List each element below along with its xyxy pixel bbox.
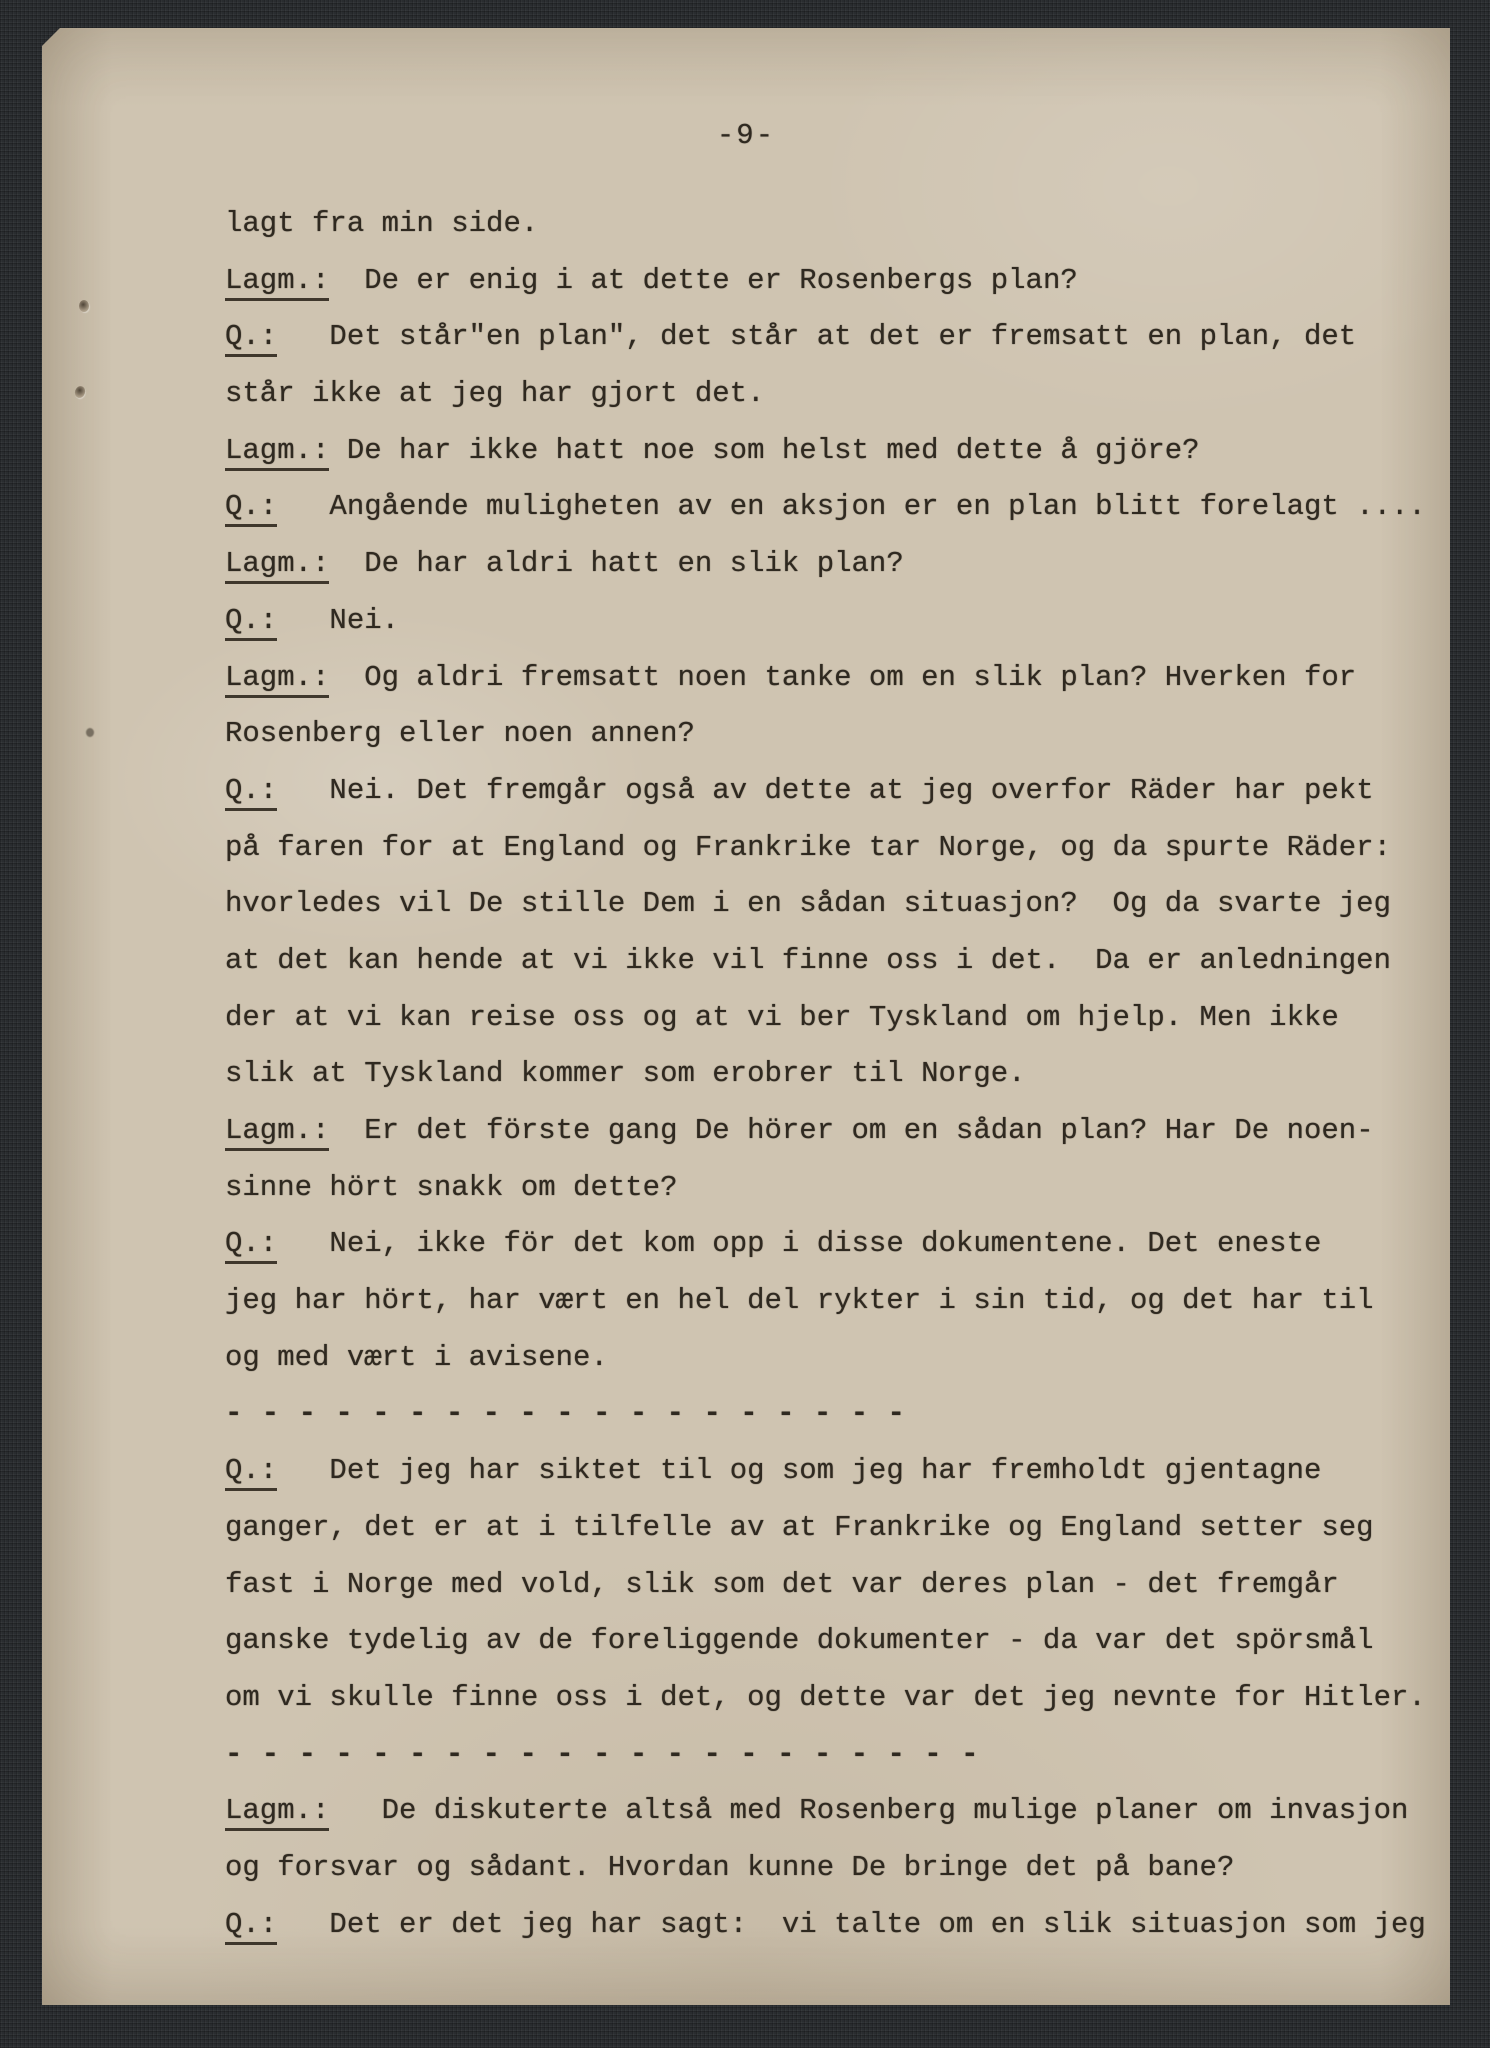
line-text: De har ikke hatt noe som helst med dette…	[329, 434, 1199, 467]
document-line: om vi skulle finne oss i det, og dette v…	[225, 1670, 1440, 1727]
line-text: hvorledes vil De stille Dem i en sådan s…	[225, 887, 1391, 920]
line-text: lagt fra min side.	[225, 207, 538, 240]
document-line: Q.: Det er det jeg har sagt: vi talte om…	[225, 1897, 1440, 1954]
line-text: Det jeg har siktet til og som jeg har fr…	[277, 1454, 1321, 1487]
separator-dashes: - - - - - - - - - - - - - - - - - - - - …	[225, 1738, 980, 1771]
pencil-smudge	[86, 728, 94, 737]
binder-hole	[73, 385, 87, 400]
line-text: står ikke at jeg har gjort det.	[225, 377, 765, 410]
line-text: at det kan hende at vi ikke vil finne os…	[225, 944, 1391, 977]
separator-line: - - - - - - - - - - - - - - - - - - - - …	[225, 1727, 1440, 1784]
line-text: Og aldri fremsatt noen tanke om en slik …	[329, 661, 1356, 694]
line-text: Er det förste gang De hörer om en sådan …	[329, 1114, 1373, 1147]
document-line: Lagm.: De diskuterte altså med Rosenberg…	[225, 1783, 1440, 1840]
document-line: på faren for at England og Frankrike tar…	[225, 820, 1440, 877]
speaker-label: Lagm.:	[225, 1114, 329, 1151]
document-line: lagt fra min side.	[225, 196, 1440, 253]
document-line: Q.: Det jeg har siktet til og som jeg ha…	[225, 1443, 1440, 1500]
line-text: ganske tydelig av de foreliggende dokume…	[225, 1624, 1374, 1657]
speaker-label: Q.:	[225, 1908, 277, 1945]
line-text: slik at Tyskland kommer som erobrer til …	[225, 1057, 1026, 1090]
speaker-label: Q.:	[225, 1454, 277, 1491]
speaker-label: Lagm.:	[225, 1794, 329, 1831]
line-text: Det er det jeg har sagt: vi talte om en …	[277, 1908, 1426, 1941]
document-line: Lagm.: De har ikke hatt noe som helst me…	[225, 423, 1440, 480]
line-text: De har aldri hatt en slik plan?	[329, 547, 903, 580]
line-text: ganger, det er at i tilfelle av at Frank…	[225, 1511, 1374, 1544]
document-line: står ikke at jeg har gjort det.	[225, 366, 1440, 423]
line-text: De er enig i at dette er Rosenbergs plan…	[329, 264, 1077, 297]
document-line: Lagm.: Er det förste gang De hörer om en…	[225, 1103, 1440, 1160]
document-line: fast i Norge med vold, slik som det var …	[225, 1557, 1440, 1614]
separator-line: - - - - - - - - - - - - - - - - - - -	[225, 1386, 1440, 1443]
document-page: -9- lagt fra min side.Lagm.: De er enig …	[42, 28, 1450, 2005]
speaker-label: Lagm.:	[225, 434, 329, 471]
speaker-label: Q.:	[225, 320, 277, 357]
line-text: sinne hört snakk om dette?	[225, 1171, 677, 1204]
separator-dashes: - - - - - - - - - - - - - - - - - - -	[225, 1397, 906, 1430]
line-text: fast i Norge med vold, slik som det var …	[225, 1568, 1339, 1601]
document-line: at det kan hende at vi ikke vil finne os…	[225, 933, 1440, 990]
line-text: Nei, ikke för det kom opp i disse dokume…	[277, 1227, 1321, 1260]
document-line: Q.: Nei. Det fremgår også av dette at je…	[225, 763, 1440, 820]
document-line: sinne hört snakk om dette?	[225, 1160, 1440, 1217]
document-line: Lagm.: Og aldri fremsatt noen tanke om e…	[225, 650, 1440, 707]
document-line: slik at Tyskland kommer som erobrer til …	[225, 1046, 1440, 1103]
binder-hole	[79, 300, 89, 312]
document-line: ganske tydelig av de foreliggende dokume…	[225, 1613, 1440, 1670]
document-line: hvorledes vil De stille Dem i en sådan s…	[225, 876, 1440, 933]
line-text: De diskuterte altså med Rosenberg mulige…	[329, 1794, 1408, 1827]
document-line: der at vi kan reise oss og at vi ber Tys…	[225, 990, 1440, 1047]
speaker-label: Q.:	[225, 774, 277, 811]
speaker-label: Lagm.:	[225, 264, 329, 301]
document-line: Lagm.: De har aldri hatt en slik plan?	[225, 536, 1440, 593]
line-text: Nei. Det fremgår også av dette at jeg ov…	[277, 774, 1373, 807]
document-line: Q.: Angående muligheten av en aksjon er …	[225, 479, 1440, 536]
document-line: og forsvar og sådant. Hvordan kunne De b…	[225, 1840, 1440, 1897]
line-text: der at vi kan reise oss og at vi ber Tys…	[225, 1001, 1339, 1034]
document-line: Lagm.: De er enig i at dette er Rosenber…	[225, 253, 1440, 310]
speaker-label: Lagm.:	[225, 547, 329, 584]
speaker-label: Q.:	[225, 1227, 277, 1264]
speaker-label: Q.:	[225, 490, 277, 527]
document-line: Q.: Nei.	[225, 593, 1440, 650]
line-text: Det står"en plan", det står at det er fr…	[277, 320, 1356, 353]
document-line: ganger, det er at i tilfelle av at Frank…	[225, 1500, 1440, 1557]
line-text: på faren for at England og Frankrike tar…	[225, 831, 1391, 864]
line-text: jeg har hört, har vært en hel del rykter…	[225, 1284, 1374, 1317]
document-line: jeg har hört, har vært en hel del rykter…	[225, 1273, 1440, 1330]
document-line: og med vært i avisene.	[225, 1330, 1440, 1387]
line-text: Nei.	[277, 604, 399, 637]
line-text: og med vært i avisene.	[225, 1341, 608, 1374]
document-line: Rosenberg eller noen annen?	[225, 706, 1440, 763]
scan-background: -9- lagt fra min side.Lagm.: De er enig …	[0, 0, 1490, 2048]
document-line: Q.: Det står"en plan", det står at det e…	[225, 309, 1440, 366]
page-number: -9-	[42, 108, 1450, 165]
line-text: om vi skulle finne oss i det, og dette v…	[225, 1681, 1426, 1714]
speaker-label: Q.:	[225, 604, 277, 641]
line-text: og forsvar og sådant. Hvordan kunne De b…	[225, 1851, 1234, 1884]
document-line: Q.: Nei, ikke för det kom opp i disse do…	[225, 1216, 1440, 1273]
line-text: Angående muligheten av en aksjon er en p…	[277, 490, 1426, 523]
document-text: lagt fra min side.Lagm.: De er enig i at…	[225, 196, 1440, 1953]
line-text: Rosenberg eller noen annen?	[225, 717, 695, 750]
speaker-label: Lagm.:	[225, 661, 329, 698]
